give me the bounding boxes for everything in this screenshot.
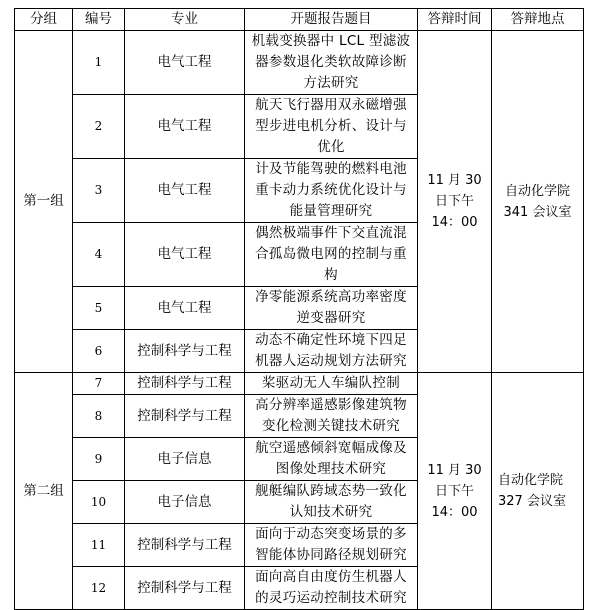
header-defense-place: 答辩地点	[492, 9, 584, 31]
topic-line: 净零能源系统高功率密度	[245, 287, 417, 308]
topic-line: 构	[245, 265, 417, 286]
header-number: 编号	[73, 9, 125, 31]
number-cell: 7	[73, 373, 125, 395]
topic-line: 合孤岛微电网的控制与重	[245, 244, 417, 265]
defense-time-line: 11 月 30	[418, 170, 491, 191]
topic-line: 机器人运动规划方法研究	[245, 351, 417, 372]
topic-cell: 航空遥感倾斜宽幅成像及图像处理技术研究	[245, 438, 418, 481]
number-cell: 9	[73, 438, 125, 481]
topic-cell: 面向于动态突变场景的多智能体协同路径规划研究	[245, 524, 418, 567]
major-cell: 控制科学与工程	[125, 395, 245, 438]
major-cell: 控制科学与工程	[125, 567, 245, 610]
header-defense-time: 答辩时间	[418, 9, 492, 31]
topic-line: 能量管理研究	[245, 201, 417, 222]
major-cell: 电气工程	[125, 223, 245, 287]
defense-place-line: 327 会议室	[498, 491, 583, 512]
major-cell: 电气工程	[125, 159, 245, 223]
defense-time-cell: 11 月 30日下午14：00	[418, 31, 492, 373]
topic-line: 变化检测关键技术研究	[245, 416, 417, 437]
major-cell: 控制科学与工程	[125, 330, 245, 373]
topic-line: 型步进电机分析、设计与	[245, 116, 417, 137]
topic-line: 认知技术研究	[245, 502, 417, 523]
topic-line: 方法研究	[245, 73, 417, 94]
topic-line: 面向于动态突变场景的多	[245, 524, 417, 545]
defense-time-line: 日下午	[418, 481, 491, 502]
defense-time-line: 11 月 30	[418, 460, 491, 481]
defense-place-cell: 自动化学院341 会议室	[492, 31, 584, 373]
number-cell: 12	[73, 567, 125, 610]
table-row: 第二组7控制科学与工程桨驱动无人车编队控制11 月 30日下午14：00自动化学…	[15, 373, 584, 395]
defense-time-line: 14：00	[418, 212, 491, 233]
defense-time-line: 日下午	[418, 191, 491, 212]
topic-line: 桨驱动无人车编队控制	[245, 373, 417, 394]
number-cell: 6	[73, 330, 125, 373]
topic-line: 的灵巧运动控制技术研究	[245, 588, 417, 609]
major-cell: 控制科学与工程	[125, 373, 245, 395]
defense-schedule-table: 分组 编号 专业 开题报告题目 答辩时间 答辩地点 第一组1电气工程机载变换器中…	[14, 8, 584, 610]
major-cell: 电气工程	[125, 95, 245, 159]
major-cell: 电气工程	[125, 31, 245, 95]
topic-line: 计及节能驾驶的燃料电池	[245, 159, 417, 180]
topic-cell: 计及节能驾驶的燃料电池重卡动力系统优化设计与能量管理研究	[245, 159, 418, 223]
topic-cell: 偶然极端事件下交直流混合孤岛微电网的控制与重构	[245, 223, 418, 287]
topic-cell: 高分辨率遥感影像建筑物变化检测关键技术研究	[245, 395, 418, 438]
number-cell: 4	[73, 223, 125, 287]
number-cell: 5	[73, 287, 125, 330]
major-cell: 电子信息	[125, 481, 245, 524]
topic-line: 图像处理技术研究	[245, 459, 417, 480]
number-cell: 3	[73, 159, 125, 223]
number-cell: 8	[73, 395, 125, 438]
topic-line: 高分辨率遥感影像建筑物	[245, 395, 417, 416]
topic-line: 机载变换器中 LCL 型滤波	[245, 31, 417, 52]
table-row: 第一组1电气工程机载变换器中 LCL 型滤波器参数退化类软故障诊断方法研究11 …	[15, 31, 584, 95]
topic-cell: 舰艇编队跨域态势一致化认知技术研究	[245, 481, 418, 524]
topic-cell: 航天飞行器用双永磁增强型步进电机分析、设计与优化	[245, 95, 418, 159]
defense-time-line: 14：00	[418, 502, 491, 523]
topic-cell: 机载变换器中 LCL 型滤波器参数退化类软故障诊断方法研究	[245, 31, 418, 95]
defense-place-line: 自动化学院	[492, 181, 583, 202]
header-row: 分组 编号 专业 开题报告题目 答辩时间 答辩地点	[15, 9, 584, 31]
header-topic: 开题报告题目	[245, 9, 418, 31]
topic-line: 逆变器研究	[245, 308, 417, 329]
defense-place-line: 341 会议室	[492, 202, 583, 223]
topic-line: 航空遥感倾斜宽幅成像及	[245, 438, 417, 459]
topic-line: 优化	[245, 137, 417, 158]
defense-time-cell: 11 月 30日下午14：00	[418, 373, 492, 610]
major-cell: 电气工程	[125, 287, 245, 330]
topic-cell: 净零能源系统高功率密度逆变器研究	[245, 287, 418, 330]
topic-line: 偶然极端事件下交直流混	[245, 223, 417, 244]
topic-cell: 桨驱动无人车编队控制	[245, 373, 418, 395]
group-name-cell: 第一组	[15, 31, 73, 373]
topic-line: 器参数退化类软故障诊断	[245, 52, 417, 73]
defense-place-line: 自动化学院	[498, 470, 583, 491]
topic-line: 智能体协同路径规划研究	[245, 545, 417, 566]
topic-line: 舰艇编队跨域态势一致化	[245, 481, 417, 502]
major-cell: 电子信息	[125, 438, 245, 481]
header-group: 分组	[15, 9, 73, 31]
major-cell: 控制科学与工程	[125, 524, 245, 567]
number-cell: 2	[73, 95, 125, 159]
topic-line: 重卡动力系统优化设计与	[245, 180, 417, 201]
group-name-cell: 第二组	[15, 373, 73, 610]
topic-cell: 面向高自由度仿生机器人的灵巧运动控制技术研究	[245, 567, 418, 610]
defense-place-cell: 自动化学院327 会议室	[492, 373, 584, 610]
number-cell: 1	[73, 31, 125, 95]
number-cell: 11	[73, 524, 125, 567]
number-cell: 10	[73, 481, 125, 524]
header-major: 专业	[125, 9, 245, 31]
topic-cell: 动态不确定性环境下四足机器人运动规划方法研究	[245, 330, 418, 373]
topic-line: 面向高自由度仿生机器人	[245, 567, 417, 588]
topic-line: 动态不确定性环境下四足	[245, 330, 417, 351]
topic-line: 航天飞行器用双永磁增强	[245, 95, 417, 116]
